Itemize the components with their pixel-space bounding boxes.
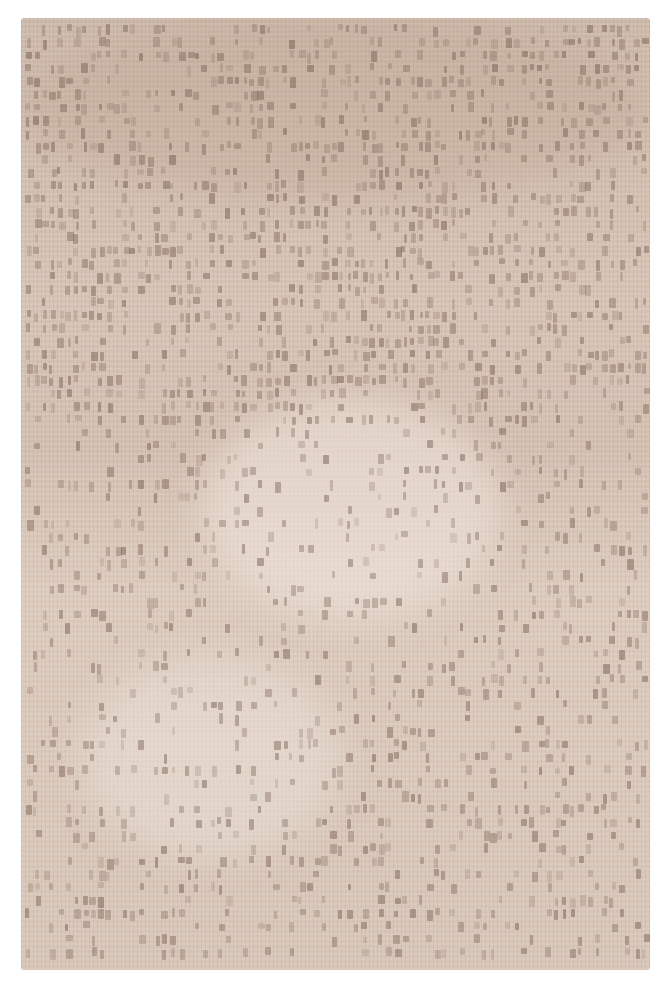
pattern-mark <box>306 469 312 476</box>
pattern-mark <box>395 116 399 124</box>
pattern-mark <box>412 284 418 293</box>
pattern-mark <box>394 508 398 516</box>
pattern-mark <box>354 91 359 101</box>
pattern-mark <box>225 909 228 915</box>
pattern-mark <box>290 364 297 372</box>
pattern-mark <box>92 220 97 229</box>
pattern-mark <box>307 25 310 31</box>
pattern-mark <box>273 298 278 306</box>
pattern-mark <box>298 247 302 257</box>
pattern-mark <box>626 25 629 32</box>
pattern-mark <box>427 910 433 920</box>
pattern-mark <box>451 676 456 686</box>
pattern-mark <box>139 571 145 579</box>
pattern-mark <box>195 415 201 426</box>
pattern-mark <box>412 623 417 633</box>
pattern-mark <box>122 103 126 113</box>
pattern-mark <box>332 195 338 206</box>
pattern-mark <box>563 128 568 137</box>
pattern-mark <box>570 375 576 385</box>
pattern-mark <box>363 142 366 151</box>
pattern-mark <box>81 586 87 595</box>
pattern-mark <box>443 233 448 242</box>
pattern-mark <box>435 141 440 147</box>
pattern-mark <box>586 755 591 766</box>
pattern-mark <box>556 598 561 609</box>
pattern-mark <box>123 181 127 188</box>
pattern-mark <box>468 792 474 801</box>
pattern-mark <box>83 921 89 928</box>
pattern-mark <box>570 429 575 437</box>
pattern-mark <box>538 324 543 331</box>
pattern-mark <box>146 429 149 438</box>
pattern-mark <box>250 232 255 239</box>
pattern-mark <box>297 182 304 193</box>
pattern-mark <box>90 754 94 761</box>
pattern-mark <box>42 25 45 35</box>
pattern-mark <box>515 259 519 266</box>
pattern-mark <box>283 233 286 243</box>
pattern-mark <box>105 910 111 920</box>
pattern-mark <box>546 677 550 684</box>
pattern-mark <box>610 819 617 827</box>
pattern-mark <box>59 323 65 332</box>
pattern-mark <box>138 246 142 253</box>
pattern-mark <box>227 141 231 148</box>
pattern-mark <box>539 741 545 748</box>
pattern-mark <box>57 167 60 174</box>
pattern-mark <box>604 518 609 528</box>
pattern-mark <box>299 196 305 204</box>
pattern-mark <box>186 261 191 269</box>
pattern-mark <box>617 739 622 746</box>
pattern-mark <box>43 363 47 370</box>
pattern-mark <box>618 480 622 490</box>
pattern-mark <box>131 519 135 527</box>
pattern-mark <box>459 339 464 346</box>
pattern-mark <box>170 416 176 425</box>
pattern-mark <box>116 806 120 816</box>
pattern-mark <box>532 456 535 466</box>
pattern-mark <box>43 611 47 620</box>
pattern-mark <box>156 52 161 58</box>
pattern-mark <box>610 25 615 33</box>
pattern-mark <box>42 298 46 306</box>
pattern-mark <box>417 169 423 175</box>
pattern-mark <box>370 37 374 45</box>
pattern-mark <box>475 156 480 163</box>
pattern-mark <box>633 689 637 699</box>
pattern-mark <box>410 909 416 917</box>
pattern-mark <box>467 819 472 826</box>
pattern-mark <box>267 142 273 153</box>
pattern-mark <box>27 246 32 256</box>
pattern-mark <box>441 144 446 150</box>
pattern-mark <box>82 312 87 319</box>
pattern-mark <box>609 898 613 908</box>
pattern-mark <box>442 77 447 87</box>
pattern-mark <box>356 129 360 137</box>
pattern-mark <box>300 299 303 306</box>
pattern-mark <box>420 857 424 864</box>
pattern-mark <box>172 572 178 582</box>
pattern-mark <box>98 402 101 412</box>
pattern-mark <box>618 363 625 372</box>
pattern-mark <box>123 220 127 226</box>
pattern-mark <box>466 298 471 306</box>
pattern-mark <box>154 493 158 504</box>
pattern-mark <box>596 272 601 281</box>
pattern-mark <box>316 818 321 827</box>
pattern-mark <box>521 819 527 826</box>
pattern-mark <box>426 935 431 942</box>
pattern-mark <box>492 64 498 72</box>
pattern-mark <box>641 507 648 514</box>
pattern-mark <box>58 480 63 488</box>
pattern-mark <box>82 429 88 436</box>
pattern-mark <box>99 104 102 110</box>
pattern-mark <box>52 324 58 331</box>
pattern-mark <box>83 78 89 84</box>
pattern-mark <box>91 910 96 919</box>
pattern-mark <box>178 857 185 863</box>
pattern-mark <box>354 924 359 932</box>
pattern-mark <box>323 235 329 244</box>
pattern-mark <box>322 896 325 904</box>
pattern-mark <box>164 885 168 894</box>
pattern-mark <box>257 507 263 517</box>
pattern-mark <box>363 272 369 282</box>
pattern-mark <box>308 739 311 749</box>
pattern-mark <box>322 781 328 790</box>
pattern-mark <box>164 128 169 139</box>
pattern-mark <box>562 636 568 646</box>
pattern-mark <box>26 131 29 141</box>
pattern-mark <box>635 468 641 475</box>
pattern-mark <box>626 117 633 126</box>
pattern-mark <box>619 416 624 425</box>
pattern-mark <box>323 455 328 464</box>
pattern-mark <box>203 389 207 395</box>
pattern-mark <box>211 702 217 709</box>
pattern-mark <box>35 219 42 228</box>
pattern-mark <box>284 597 287 606</box>
pattern-mark <box>298 441 305 448</box>
pattern-mark <box>522 78 526 85</box>
pattern-mark <box>298 350 304 356</box>
pattern-mark <box>298 897 301 904</box>
pattern-mark <box>227 365 231 375</box>
pattern-mark <box>468 403 472 414</box>
pattern-mark <box>314 39 320 47</box>
pattern-mark <box>321 117 325 127</box>
pattern-mark <box>180 453 187 463</box>
pattern-mark <box>459 482 464 493</box>
pattern-mark <box>635 363 641 373</box>
pattern-mark <box>425 170 429 180</box>
pattern-mark <box>67 24 72 31</box>
pattern-mark <box>252 260 256 266</box>
pattern-mark <box>587 833 593 840</box>
pattern-mark <box>361 209 366 215</box>
pattern-mark <box>298 260 304 267</box>
pattern-mark <box>235 648 238 656</box>
pattern-mark <box>515 469 521 475</box>
pattern-mark <box>507 53 511 59</box>
pattern-mark <box>339 388 346 397</box>
pattern-mark <box>553 324 557 334</box>
pattern-mark <box>322 923 326 931</box>
pattern-mark <box>402 206 405 216</box>
pattern-mark <box>618 664 622 674</box>
pattern-mark <box>396 598 403 606</box>
pattern-mark <box>515 805 519 814</box>
pattern-mark <box>507 481 514 488</box>
pattern-mark <box>515 649 519 658</box>
pattern-mark <box>514 245 521 252</box>
pattern-mark <box>170 247 176 257</box>
pattern-mark <box>554 469 558 477</box>
pattern-mark <box>345 129 348 135</box>
pattern-mark <box>252 24 257 32</box>
pattern-mark <box>52 169 57 177</box>
pattern-mark <box>386 508 393 518</box>
pattern-mark <box>51 350 56 359</box>
pattern-mark <box>171 948 175 958</box>
pattern-mark <box>81 128 85 138</box>
pattern-mark <box>122 287 128 293</box>
pattern-mark <box>556 690 560 698</box>
pattern-mark <box>540 805 545 815</box>
pattern-mark <box>594 806 599 814</box>
pattern-mark <box>625 53 629 60</box>
pattern-mark <box>370 182 376 189</box>
pattern-mark <box>307 65 314 72</box>
pattern-mark <box>483 65 488 75</box>
pattern-mark <box>483 689 489 700</box>
pattern-mark <box>620 337 625 344</box>
pattern-mark <box>226 260 232 267</box>
pattern-mark <box>147 598 154 609</box>
pattern-mark <box>51 142 55 152</box>
pattern-mark <box>212 766 217 776</box>
pattern-mark <box>163 52 169 62</box>
pattern-mark <box>395 50 400 58</box>
pattern-mark <box>107 376 114 386</box>
pattern-mark <box>489 299 493 307</box>
pattern-mark <box>452 429 456 438</box>
pattern-mark <box>635 131 642 139</box>
pattern-mark <box>546 754 552 762</box>
pattern-mark <box>226 65 233 71</box>
pattern-mark <box>379 180 385 190</box>
pattern-mark <box>450 90 456 98</box>
pattern-mark <box>546 79 552 86</box>
pattern-mark <box>474 637 478 643</box>
pattern-mark <box>377 324 382 332</box>
pattern-mark <box>379 285 385 295</box>
pattern-mark <box>242 544 245 554</box>
pattern-mark <box>154 415 158 424</box>
pattern-mark <box>338 142 344 152</box>
pattern-mark <box>266 924 272 932</box>
pattern-mark <box>225 313 232 320</box>
pattern-mark <box>641 168 647 175</box>
pattern-mark <box>586 596 593 602</box>
pattern-mark <box>106 493 111 501</box>
pattern-mark <box>643 298 647 305</box>
pattern-mark <box>106 429 111 437</box>
pattern-mark <box>562 325 567 336</box>
pattern-mark <box>441 428 444 435</box>
pattern-mark <box>401 143 408 151</box>
pattern-mark <box>466 77 471 86</box>
pattern-mark <box>172 767 175 773</box>
pattern-mark <box>75 415 81 421</box>
pattern-mark <box>42 545 48 554</box>
pattern-mark <box>146 871 152 878</box>
pattern-mark <box>636 794 640 804</box>
pattern-mark <box>410 350 415 358</box>
pattern-mark <box>563 208 569 216</box>
pattern-mark <box>604 765 611 772</box>
pattern-mark <box>124 118 130 124</box>
pattern-mark <box>33 247 39 254</box>
pattern-mark <box>252 272 258 279</box>
pattern-mark <box>202 144 206 155</box>
pattern-mark <box>250 794 256 802</box>
pattern-mark <box>363 287 366 293</box>
pattern-mark <box>484 831 490 841</box>
pattern-mark <box>98 143 104 153</box>
pattern-mark <box>642 493 648 500</box>
pattern-mark <box>459 363 465 371</box>
pattern-mark <box>90 181 94 189</box>
pattern-mark <box>260 221 265 232</box>
pattern-mark <box>218 832 222 840</box>
pattern-mark <box>498 637 502 645</box>
pattern-mark <box>43 40 48 51</box>
pattern-mark <box>275 402 280 408</box>
pattern-mark <box>435 389 440 398</box>
pattern-mark <box>602 364 608 371</box>
pattern-mark <box>74 375 78 382</box>
pattern-mark <box>427 440 434 447</box>
pattern-mark <box>490 365 495 375</box>
pattern-mark <box>427 91 432 100</box>
pattern-mark <box>593 377 598 385</box>
pattern-mark <box>587 25 592 33</box>
pattern-mark <box>380 833 383 839</box>
pattern-mark <box>81 104 87 115</box>
pattern-mark <box>171 442 176 448</box>
pattern-mark <box>363 390 368 396</box>
pattern-mark <box>299 857 305 867</box>
pattern-mark <box>539 455 542 464</box>
pattern-mark <box>459 831 463 840</box>
pattern-mark <box>106 623 112 632</box>
pattern-mark <box>491 39 498 49</box>
pattern-mark <box>129 248 135 255</box>
pattern-mark <box>314 206 321 215</box>
pattern-mark <box>186 324 191 333</box>
pattern-mark <box>370 169 376 178</box>
pattern-mark <box>338 518 343 526</box>
pattern-mark <box>586 793 591 801</box>
pattern-mark <box>259 636 264 647</box>
pattern-mark <box>58 534 64 541</box>
pattern-mark <box>34 506 40 515</box>
pattern-mark <box>545 546 548 554</box>
pattern-mark <box>441 221 447 230</box>
pattern-mark <box>435 845 441 855</box>
pattern-mark <box>49 378 53 387</box>
pattern-mark <box>529 817 534 828</box>
pattern-mark <box>531 688 534 698</box>
pattern-mark <box>370 804 375 812</box>
pattern-mark <box>130 833 137 842</box>
pattern-mark <box>35 234 38 243</box>
pattern-mark <box>578 76 583 85</box>
pattern-mark <box>195 869 198 878</box>
pattern-mark <box>348 559 353 566</box>
pattern-mark <box>211 53 215 63</box>
pattern-mark <box>402 24 407 32</box>
pattern-mark <box>164 622 169 629</box>
pattern-mark <box>155 713 160 723</box>
pattern-mark <box>596 260 600 270</box>
pattern-mark <box>450 323 456 334</box>
pattern-mark <box>585 182 590 191</box>
pattern-mark <box>555 284 561 291</box>
pattern-mark <box>426 377 433 385</box>
pattern-mark <box>220 469 225 479</box>
pattern-mark <box>107 103 114 110</box>
pattern-mark <box>644 246 650 253</box>
pattern-mark <box>491 778 496 787</box>
pattern-mark <box>625 948 630 954</box>
pattern-mark <box>553 313 557 323</box>
pattern-mark <box>83 91 87 101</box>
pattern-mark <box>26 805 33 815</box>
pattern-mark <box>332 258 339 266</box>
pattern-mark <box>460 454 465 461</box>
pattern-mark <box>410 274 414 280</box>
pattern-mark <box>571 194 576 203</box>
pattern-mark <box>330 337 335 348</box>
pattern-mark <box>138 286 145 294</box>
pattern-mark <box>362 415 366 425</box>
pattern-mark <box>292 831 297 839</box>
pattern-mark <box>522 559 525 569</box>
pattern-mark <box>601 559 605 566</box>
pattern-mark <box>332 349 338 355</box>
pattern-mark <box>187 66 192 77</box>
pattern-mark <box>236 390 240 397</box>
pattern-mark <box>426 819 433 829</box>
pattern-mark <box>97 298 103 304</box>
pattern-mark <box>364 116 367 122</box>
pattern-mark <box>290 77 297 88</box>
pattern-mark <box>76 104 80 112</box>
pattern-mark <box>436 350 443 359</box>
pattern-mark <box>465 869 470 879</box>
pattern-mark <box>298 170 304 181</box>
pattern-mark <box>465 689 471 696</box>
pattern-mark <box>337 376 344 383</box>
pattern-mark <box>412 689 415 698</box>
pattern-mark <box>578 715 584 723</box>
